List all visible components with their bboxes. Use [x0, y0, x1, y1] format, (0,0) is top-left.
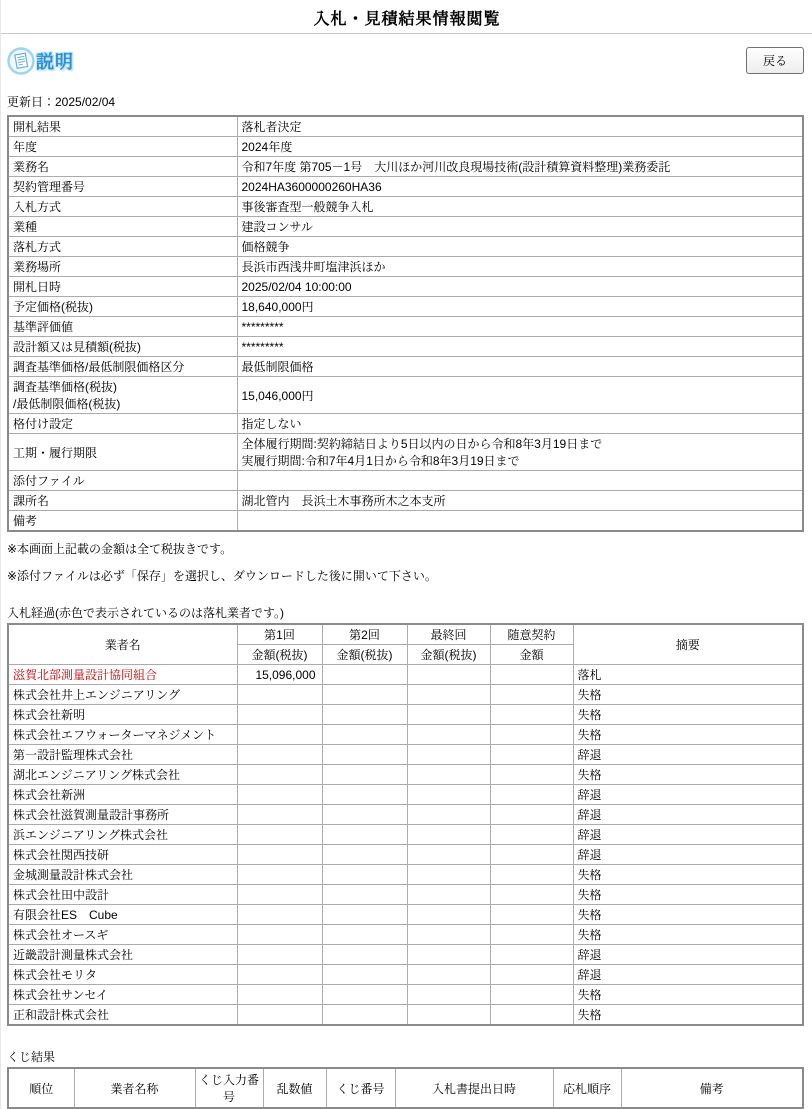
bidder-name: 株式会社オースギ — [8, 925, 237, 945]
bid-remark: 辞退 — [573, 805, 803, 825]
bid-amount-discretionary — [490, 765, 573, 785]
bid-amount-round2 — [322, 905, 407, 925]
lottery-header-row: 順位 業者名称 くじ入力番号 乱数値 くじ番号 入札書提出日時 応札順序 備考 — [8, 1068, 803, 1108]
detail-row: 業務場所長浜市西浅井町塩津浜ほか — [8, 257, 803, 277]
bid-amount-round1 — [237, 725, 322, 745]
bid-row: 第一設計監理株式会社辞退 — [8, 745, 803, 765]
bid-amount-discretionary — [490, 845, 573, 865]
detail-label: 開札結果 — [8, 116, 237, 137]
details-table: 開札結果落札者決定年度2024年度業務名令和7年度 第705－1号 大川ほか河川… — [7, 115, 804, 532]
bid-amount-final — [407, 1005, 490, 1026]
detail-value: 全体履行期間:契約締結日より5日以内の日から令和8年3月19日まで 実履行期間:… — [237, 434, 803, 471]
detail-value: 湖北管内 長浜土木事務所木之本支所 — [237, 491, 803, 511]
bid-amount-round2 — [322, 765, 407, 785]
bid-amount-round1 — [237, 985, 322, 1005]
bid-amount-discretionary — [490, 665, 573, 685]
detail-label: 入札方式 — [8, 197, 237, 217]
detail-value: ********* — [237, 317, 803, 337]
bid-header-round2: 第2回 — [322, 624, 407, 645]
detail-value: 落札者決定 — [237, 116, 803, 137]
bid-amount-discretionary — [490, 685, 573, 705]
updated-date: 更新日：2025/02/04 — [7, 93, 812, 110]
bid-amount-round2 — [322, 745, 407, 765]
bid-amount-discretionary — [490, 725, 573, 745]
detail-label: 課所名 — [8, 491, 237, 511]
bid-remark: 辞退 — [573, 845, 803, 865]
detail-value: 長浜市西浅井町塩津浜ほか — [237, 257, 803, 277]
bidder-name: 湖北エンジニアリング株式会社 — [8, 765, 237, 785]
detail-value: 指定しない — [237, 414, 803, 434]
bid-amount-round1: 15,096,000 — [237, 665, 322, 685]
bid-row: 株式会社サンセイ失格 — [8, 985, 803, 1005]
bid-header-amount-final: 金額(税抜) — [407, 645, 490, 665]
detail-label: 落札方式 — [8, 237, 237, 257]
bid-header-bidder: 業者名 — [8, 624, 237, 665]
bid-row: 株式会社新洲辞退 — [8, 785, 803, 805]
detail-value: 最低制限価格 — [237, 357, 803, 377]
bidder-name: 株式会社サンセイ — [8, 985, 237, 1005]
detail-row: 開札結果落札者決定 — [8, 116, 803, 137]
bid-amount-round1 — [237, 965, 322, 985]
detail-row: 設計額又は見積額(税抜)********* — [8, 337, 803, 357]
bid-row: 近畿設計測量株式会社辞退 — [8, 945, 803, 965]
bid-table-body: 滋賀北部測量設計協同組合15,096,000落札株式会社井上エンジニアリング失格… — [8, 665, 803, 1026]
detail-row: 調査基準価格(税抜) /最低制限価格(税抜)15,046,000円 — [8, 377, 803, 414]
bid-header-discretionary: 随意契約 — [490, 624, 573, 645]
detail-row: 課所名湖北管内 長浜土木事務所木之本支所 — [8, 491, 803, 511]
bidder-name: 株式会社関西技研 — [8, 845, 237, 865]
bid-remark: 落札 — [573, 665, 803, 685]
back-button[interactable]: 戻る — [746, 47, 804, 74]
bid-amount-round1 — [237, 705, 322, 725]
bid-amount-discretionary — [490, 705, 573, 725]
lottery-header-bid-order: 応札順序 — [553, 1068, 621, 1108]
detail-row: 予定価格(税抜)18,640,000円 — [8, 297, 803, 317]
lottery-header-remarks: 備考 — [621, 1068, 803, 1108]
lottery-header-rank: 順位 — [8, 1068, 74, 1108]
bid-amount-discretionary — [490, 945, 573, 965]
detail-value: 事後審査型一般競争入札 — [237, 197, 803, 217]
bid-progress-table: 業者名 第1回 第2回 最終回 随意契約 摘要 金額(税抜) 金額(税抜) 金額… — [7, 623, 804, 1026]
bid-amount-round1 — [237, 765, 322, 785]
detail-row: 基準評価値********* — [8, 317, 803, 337]
bid-amount-discretionary — [490, 745, 573, 765]
bid-amount-round1 — [237, 845, 322, 865]
bid-amount-round2 — [322, 785, 407, 805]
detail-label: 調査基準価格/最低制限価格区分 — [8, 357, 237, 377]
bid-remark: 失格 — [573, 985, 803, 1005]
bidder-name: 第一設計監理株式会社 — [8, 745, 237, 765]
detail-label: 契約管理番号 — [8, 177, 237, 197]
detail-row: 格付け設定指定しない — [8, 414, 803, 434]
bid-amount-final — [407, 785, 490, 805]
detail-row: 備考 — [8, 511, 803, 532]
bid-amount-discretionary — [490, 825, 573, 845]
bid-amount-final — [407, 885, 490, 905]
bid-amount-round2 — [322, 1005, 407, 1026]
bid-header-row-top: 業者名 第1回 第2回 最終回 随意契約 摘要 — [8, 624, 803, 645]
detail-value: 2024HA3600000260HA36 — [237, 177, 803, 197]
detail-label: 設計額又は見積額(税抜) — [8, 337, 237, 357]
bid-amount-final — [407, 725, 490, 745]
bid-amount-round2 — [322, 965, 407, 985]
detail-value: 18,640,000円 — [237, 297, 803, 317]
detail-label: 基準評価値 — [8, 317, 237, 337]
bid-remark: 失格 — [573, 865, 803, 885]
bid-amount-round1 — [237, 805, 322, 825]
lottery-result-table: 順位 業者名称 くじ入力番号 乱数値 くじ番号 入札書提出日時 応札順序 備考 — [7, 1067, 804, 1109]
page-title: 入札・見積結果情報閲覧 — [1, 6, 812, 29]
detail-row: 開札日時2025/02/04 10:00:00 — [8, 277, 803, 297]
detail-value — [237, 511, 803, 532]
detail-row: 業種建設コンサル — [8, 217, 803, 237]
bid-amount-final — [407, 665, 490, 685]
detail-label: 添付ファイル — [8, 471, 237, 491]
bid-remark: 辞退 — [573, 785, 803, 805]
bidder-name: 滋賀北部測量設計協同組合 — [8, 665, 237, 685]
detail-label: 備考 — [8, 511, 237, 532]
detail-value — [237, 471, 803, 491]
bid-row: 株式会社オースギ失格 — [8, 925, 803, 945]
bid-amount-round2 — [322, 945, 407, 965]
bidder-name: 近畿設計測量株式会社 — [8, 945, 237, 965]
bid-remark: 辞退 — [573, 745, 803, 765]
bid-amount-round1 — [237, 785, 322, 805]
bid-amount-round1 — [237, 745, 322, 765]
bid-remark: 失格 — [573, 925, 803, 945]
bid-amount-final — [407, 865, 490, 885]
detail-row: 業務名令和7年度 第705－1号 大川ほか河川改良現場技術(設計積算資料整理)業… — [8, 157, 803, 177]
bid-remark: 失格 — [573, 905, 803, 925]
bid-row: 有限会社ES Cube失格 — [8, 905, 803, 925]
detail-row: 工期・履行期限全体履行期間:契約締結日より5日以内の日から令和8年3月19日まで… — [8, 434, 803, 471]
bid-amount-discretionary — [490, 1005, 573, 1026]
detail-value: 価格競争 — [237, 237, 803, 257]
bid-amount-round2 — [322, 885, 407, 905]
bid-remark: 失格 — [573, 685, 803, 705]
bid-amount-discretionary — [490, 925, 573, 945]
bid-remark: 失格 — [573, 1005, 803, 1026]
bid-amount-final — [407, 825, 490, 845]
bid-amount-discretionary — [490, 865, 573, 885]
bid-amount-round1 — [237, 945, 322, 965]
detail-row: 添付ファイル — [8, 471, 803, 491]
bid-header-amount1: 金額(税抜) — [237, 645, 322, 665]
bid-table-caption: 入札経過(赤色で表示されているのは落札業者です。) — [7, 604, 812, 621]
detail-label: 開札日時 — [8, 277, 237, 297]
bid-row: 株式会社井上エンジニアリング失格 — [8, 685, 803, 705]
detail-label: 年度 — [8, 137, 237, 157]
detail-value: 建設コンサル — [237, 217, 803, 237]
note-attachment-save: ※添付ファイルは必ず「保存」を選択し、ダウンロードした後に開いて下さい。 — [7, 567, 812, 584]
lottery-header-lot-number: くじ番号 — [326, 1068, 395, 1108]
detail-row: 年度2024年度 — [8, 137, 803, 157]
bid-remark: 失格 — [573, 725, 803, 745]
bid-amount-discretionary — [490, 905, 573, 925]
bid-remark: 失格 — [573, 765, 803, 785]
bid-amount-round1 — [237, 885, 322, 905]
bid-amount-final — [407, 705, 490, 725]
bid-amount-final — [407, 905, 490, 925]
bid-row: 株式会社新明失格 — [8, 705, 803, 725]
bidder-name: 株式会社滋賀測量設計事務所 — [8, 805, 237, 825]
bid-amount-round1 — [237, 865, 322, 885]
bid-amount-round2 — [322, 825, 407, 845]
document-icon — [7, 47, 35, 75]
bid-amount-round1 — [237, 685, 322, 705]
bidder-name: 株式会社田中設計 — [8, 885, 237, 905]
bid-remark: 辞退 — [573, 965, 803, 985]
bidder-name: 株式会社エフウォーターマネジメント — [8, 725, 237, 745]
bid-amount-round1 — [237, 825, 322, 845]
bid-amount-final — [407, 965, 490, 985]
toolbar: 説明 戻る — [1, 34, 812, 75]
detail-row: 落札方式価格競争 — [8, 237, 803, 257]
bid-row: 株式会社モリタ辞退 — [8, 965, 803, 985]
bid-amount-final — [407, 925, 490, 945]
bid-row: 正和設計株式会社失格 — [8, 1005, 803, 1026]
explanation-button[interactable]: 説明 — [7, 47, 74, 75]
bid-amount-round2 — [322, 725, 407, 745]
detail-value: 2024年度 — [237, 137, 803, 157]
bid-amount-discretionary — [490, 985, 573, 1005]
title-bar: 入札・見積結果情報閲覧 — [1, 0, 812, 34]
note-tax-exclusive: ※本画面上記載の金額は全て税抜きです。 — [7, 540, 812, 557]
bid-amount-final — [407, 765, 490, 785]
bid-amount-round1 — [237, 925, 322, 945]
bid-amount-round2 — [322, 665, 407, 685]
bidder-name: 株式会社新明 — [8, 705, 237, 725]
bid-amount-round1 — [237, 905, 322, 925]
detail-value: ********* — [237, 337, 803, 357]
bid-header-round1: 第1回 — [237, 624, 322, 645]
bidder-name: 株式会社モリタ — [8, 965, 237, 985]
bid-remark: 辞退 — [573, 945, 803, 965]
bid-amount-round2 — [322, 925, 407, 945]
bid-remark: 失格 — [573, 885, 803, 905]
bid-amount-final — [407, 685, 490, 705]
bid-header-amount-discretionary: 金額 — [490, 645, 573, 665]
bid-amount-round2 — [322, 865, 407, 885]
bid-amount-round2 — [322, 685, 407, 705]
lottery-header-submission-datetime: 入札書提出日時 — [395, 1068, 553, 1108]
bid-remark: 辞退 — [573, 825, 803, 845]
detail-value: 2025/02/04 10:00:00 — [237, 277, 803, 297]
bid-amount-discretionary — [490, 805, 573, 825]
bid-amount-final — [407, 845, 490, 865]
bid-amount-final — [407, 805, 490, 825]
bid-amount-discretionary — [490, 785, 573, 805]
bid-amount-round2 — [322, 705, 407, 725]
notes: ※本画面上記載の金額は全て税抜きです。 ※添付ファイルは必ず「保存」を選択し、ダ… — [7, 540, 812, 584]
bid-row: 株式会社田中設計失格 — [8, 885, 803, 905]
bid-amount-final — [407, 985, 490, 1005]
bid-row: 浜エンジニアリング株式会社辞退 — [8, 825, 803, 845]
detail-label: 業務名 — [8, 157, 237, 177]
bid-row: 株式会社滋賀測量設計事務所辞退 — [8, 805, 803, 825]
details-table-body: 開札結果落札者決定年度2024年度業務名令和7年度 第705－1号 大川ほか河川… — [8, 116, 803, 531]
detail-row: 入札方式事後審査型一般競争入札 — [8, 197, 803, 217]
bid-row: 湖北エンジニアリング株式会社失格 — [8, 765, 803, 785]
bid-header-remark: 摘要 — [573, 624, 803, 665]
bid-amount-discretionary — [490, 885, 573, 905]
detail-label: 調査基準価格(税抜) /最低制限価格(税抜) — [8, 377, 237, 414]
detail-label: 予定価格(税抜) — [8, 297, 237, 317]
bidder-name: 金城測量設計株式会社 — [8, 865, 237, 885]
bid-header-final: 最終回 — [407, 624, 490, 645]
lottery-header-entry-number: くじ入力番号 — [195, 1068, 263, 1108]
bid-row: 株式会社エフウォーターマネジメント失格 — [8, 725, 803, 745]
lottery-header-random-value: 乱数値 — [263, 1068, 326, 1108]
detail-label: 業種 — [8, 217, 237, 237]
bidder-name: 有限会社ES Cube — [8, 905, 237, 925]
bid-amount-round2 — [322, 845, 407, 865]
bid-row: 株式会社関西技研辞退 — [8, 845, 803, 865]
lottery-header-bidder: 業者名称 — [74, 1068, 195, 1108]
bidder-name: 株式会社井上エンジニアリング — [8, 685, 237, 705]
bid-amount-discretionary — [490, 965, 573, 985]
detail-label: 工期・履行期限 — [8, 434, 237, 471]
detail-value: 令和7年度 第705－1号 大川ほか河川改良現場技術(設計積算資料整理)業務委託 — [237, 157, 803, 177]
bid-amount-round1 — [237, 1005, 322, 1026]
detail-value: 15,046,000円 — [237, 377, 803, 414]
detail-label: 業務場所 — [8, 257, 237, 277]
bidder-name: 浜エンジニアリング株式会社 — [8, 825, 237, 845]
bid-amount-round2 — [322, 985, 407, 1005]
detail-row: 調査基準価格/最低制限価格区分最低制限価格 — [8, 357, 803, 377]
bidder-name: 正和設計株式会社 — [8, 1005, 237, 1026]
lottery-caption: くじ結果 — [7, 1048, 812, 1065]
page: 入札・見積結果情報閲覧 説明 戻る 更新日：2025/02/04 — [1, 0, 812, 1109]
bid-amount-round2 — [322, 805, 407, 825]
bid-amount-final — [407, 945, 490, 965]
bid-header-amount2: 金額(税抜) — [322, 645, 407, 665]
explanation-label: 説明 — [36, 48, 74, 74]
bid-amount-final — [407, 745, 490, 765]
bidder-name: 株式会社新洲 — [8, 785, 237, 805]
bid-row: 金城測量設計株式会社失格 — [8, 865, 803, 885]
detail-row: 契約管理番号2024HA3600000260HA36 — [8, 177, 803, 197]
bid-remark: 失格 — [573, 705, 803, 725]
detail-label: 格付け設定 — [8, 414, 237, 434]
bid-row: 滋賀北部測量設計協同組合15,096,000落札 — [8, 665, 803, 685]
